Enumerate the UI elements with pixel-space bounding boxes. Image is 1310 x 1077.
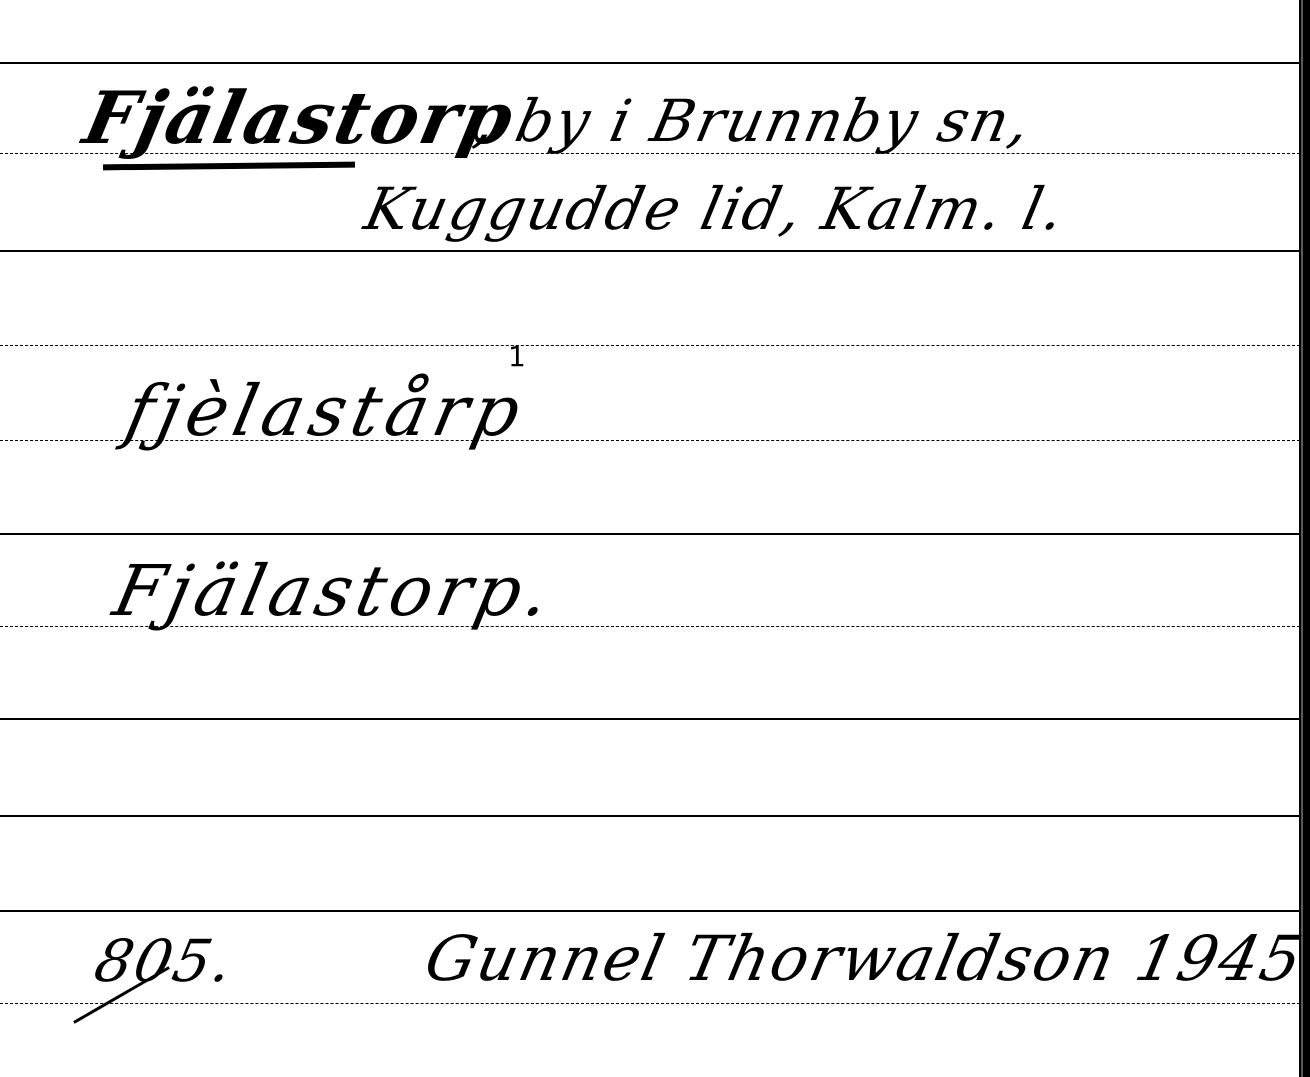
card-edge-border bbox=[1299, 0, 1310, 1077]
ruled-line bbox=[0, 1003, 1300, 1004]
index-card: Fjälastorp , by i Brunnby sn, Kuggudde l… bbox=[0, 0, 1310, 1077]
ruled-line bbox=[0, 250, 1300, 252]
ruled-line bbox=[0, 62, 1300, 64]
ruled-line bbox=[0, 910, 1300, 912]
location-description-line1: , by i Brunnby sn, bbox=[470, 92, 1037, 150]
ruled-line bbox=[0, 345, 1300, 346]
headword: Fjälastorp bbox=[78, 82, 521, 154]
phonetic-form: fjèlastårp bbox=[120, 376, 532, 446]
ruled-line bbox=[0, 533, 1300, 535]
standard-form: Fjälastorp. bbox=[108, 556, 561, 626]
recorder-signature: Gunnel Thorwaldson 1945. bbox=[420, 928, 1310, 990]
card-number: 805. bbox=[90, 932, 239, 990]
location-description-line2: Kuggudde lid, Kalm. l. bbox=[360, 180, 1071, 238]
ruled-line bbox=[0, 718, 1300, 720]
stress-mark: 1 bbox=[508, 340, 526, 373]
headword-underline bbox=[103, 162, 355, 171]
ruled-line bbox=[0, 815, 1300, 817]
